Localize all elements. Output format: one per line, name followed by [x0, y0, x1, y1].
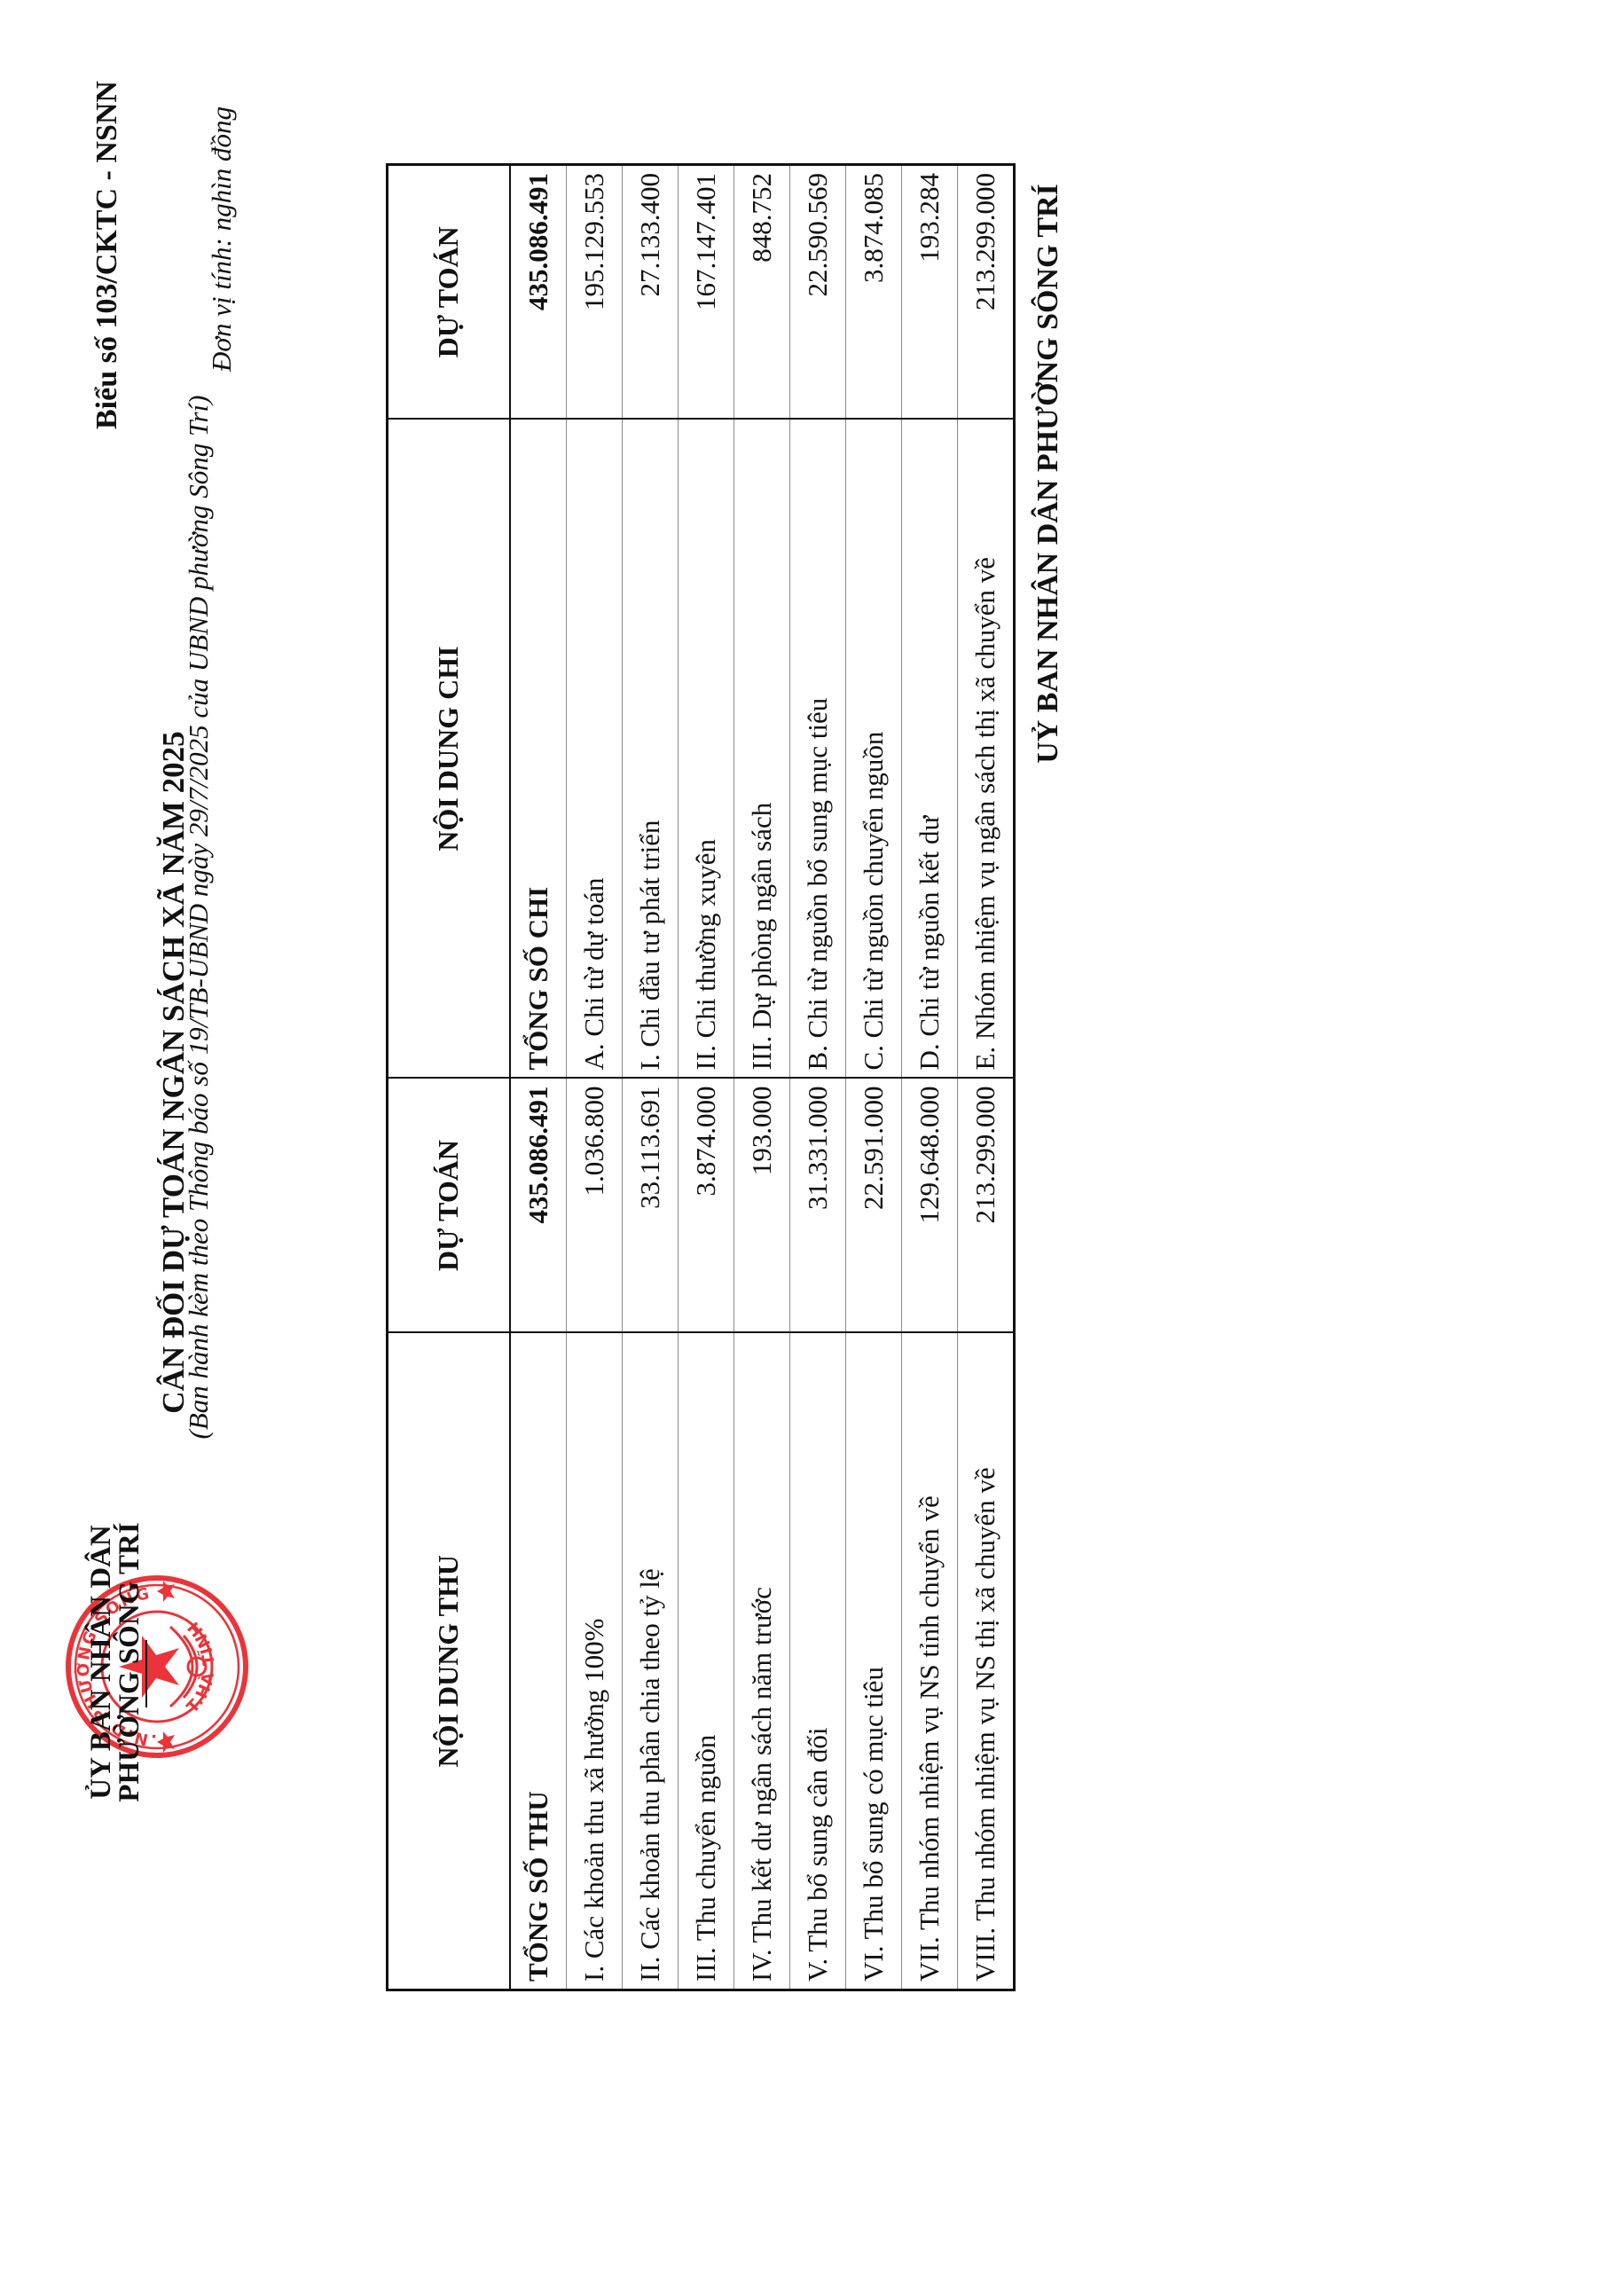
revenue-amount-cell: 213.299.000	[958, 1079, 1015, 1333]
revenue-item-cell: II. Các khoản thu phân chia theo tỷ lệ	[623, 1333, 679, 1990]
header-revenue-amount: DỰ TOÁN	[388, 1079, 511, 1333]
revenue-amount-cell: 435.086.491	[510, 1079, 567, 1333]
table-row: VIII. Thu nhóm nhiệm vụ NS thị xã chuyển…	[958, 165, 1015, 1990]
form-code: Biểu số 103/CKTC - NSNN	[90, 106, 124, 429]
revenue-item-cell: VII. Thu nhóm nhiệm vụ NS tỉnh chuyển về	[902, 1333, 958, 1990]
signing-organization: UỶ BAN NHÂN DÂN PHƯỜNG SÔNG TRÍ	[1032, 75, 1065, 873]
expense-amount-cell: 167.147.401	[679, 165, 734, 420]
expense-amount-cell: 3.874.085	[846, 165, 902, 420]
expense-amount-cell: 27.133.400	[623, 165, 679, 420]
revenue-item-cell: VIII. Thu nhóm nhiệm vụ NS thị xã chuyển…	[958, 1333, 1015, 1990]
revenue-item-cell: VI. Thu bổ sung có mục tiêu	[846, 1333, 902, 1990]
document-page: Biểu số 103/CKTC - NSNN U.B.N.D PHƯỜNG S…	[0, 0, 1624, 2292]
revenue-item-cell: TỔNG SỐ THU	[510, 1333, 567, 1990]
revenue-amount-cell: 31.331.000	[790, 1079, 846, 1333]
table-row: III. Thu chuyển nguồn3.874.000II. Chi th…	[679, 165, 734, 1990]
table-body: TỔNG SỐ THU435.086.491TỔNG SỐ CHI435.086…	[510, 165, 1015, 1990]
table-row: VII. Thu nhóm nhiệm vụ NS tỉnh chuyển về…	[902, 165, 958, 1990]
revenue-amount-cell: 33.113.691	[623, 1079, 679, 1333]
expense-item-cell: TỔNG SỐ CHI	[510, 420, 567, 1079]
expense-amount-cell: 848.752	[734, 165, 790, 420]
revenue-item-cell: I. Các khoản thu xã hưởng 100%	[567, 1333, 623, 1990]
revenue-amount-cell: 22.591.000	[846, 1079, 902, 1333]
expense-item-cell: B. Chi từ nguồn bổ sung mục tiêu	[790, 420, 846, 1079]
expense-amount-cell: 22.590.569	[790, 165, 846, 420]
expense-amount-cell: 213.299.000	[958, 165, 1015, 420]
expense-item-cell: D. Chi từ nguồn kết dư	[902, 420, 958, 1079]
issuing-agency-line2: PHƯỜNG SÔNG TRÍ	[114, 1494, 146, 1831]
expense-amount-cell: 193.284	[902, 165, 958, 420]
expense-item-cell: E. Nhóm nhiệm vụ ngân sách thị xã chuyển…	[958, 420, 1015, 1079]
table-row: II. Các khoản thu phân chia theo tỷ lệ33…	[623, 165, 679, 1990]
revenue-amount-cell: 1.036.800	[567, 1079, 623, 1333]
table-row: VI. Thu bổ sung có mục tiêu22.591.000C. …	[846, 165, 902, 1990]
expense-item-cell: A. Chi từ dự toán	[567, 420, 623, 1079]
expense-amount-cell: 195.129.553	[567, 165, 623, 420]
expense-amount-cell: 435.086.491	[510, 165, 567, 420]
expense-item-cell: III. Dự phòng ngân sách	[734, 420, 790, 1079]
table-row: I. Các khoản thu xã hưởng 100%1.036.800A…	[567, 165, 623, 1990]
revenue-item-cell: IV. Thu kết dư ngân sách năm trước	[734, 1333, 790, 1990]
unit-note: Đơn vị tính: nghìn đồng	[206, 106, 238, 447]
revenue-amount-cell: 3.874.000	[679, 1079, 734, 1333]
expense-item-cell: I. Chi đầu tư phát triển	[623, 420, 679, 1079]
table-row: V. Thu bổ sung cân đối31.331.000B. Chi t…	[790, 165, 846, 1990]
agency-underline	[145, 1640, 147, 1707]
revenue-item-cell: V. Thu bổ sung cân đối	[790, 1333, 846, 1990]
table-row: IV. Thu kết dư ngân sách năm trước193.00…	[734, 165, 790, 1990]
expense-item-cell: C. Chi từ nguồn chuyển nguồn	[846, 420, 902, 1079]
header-expense-item: NỘI DUNG CHI	[388, 420, 511, 1079]
revenue-amount-cell: 193.000	[734, 1079, 790, 1333]
expense-item-cell: II. Chi thường xuyên	[679, 420, 734, 1079]
revenue-item-cell: III. Thu chuyển nguồn	[679, 1333, 734, 1990]
table-total-row: TỔNG SỐ THU435.086.491TỔNG SỐ CHI435.086…	[510, 165, 567, 1990]
header-revenue-item: NỘI DUNG THU	[388, 1333, 511, 1990]
revenue-amount-cell: 129.648.000	[902, 1079, 958, 1333]
table-header-row: NỘI DUNG THU DỰ TOÁN NỘI DUNG CHI DỰ TOÁ…	[388, 165, 511, 1990]
header-expense-amount: DỰ TOÁN	[388, 165, 511, 420]
budget-balance-table: NỘI DUNG THU DỰ TOÁN NỘI DUNG CHI DỰ TOÁ…	[386, 163, 1016, 1991]
